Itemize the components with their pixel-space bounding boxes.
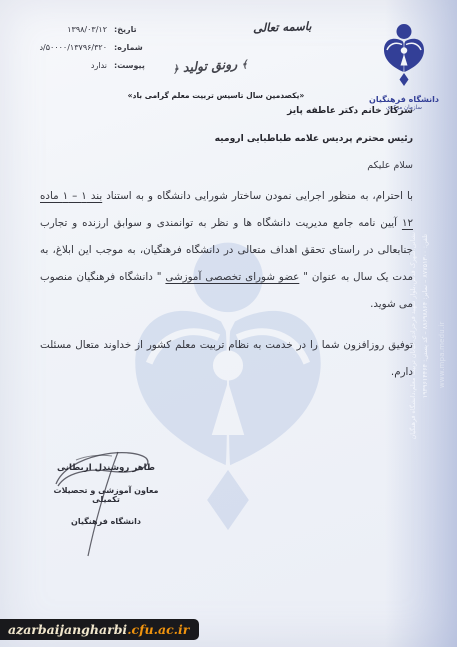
site-name: azarbaijangharbi — [8, 622, 127, 637]
body-paragraph-appointment: با احترام، به منظور اجرایی نمودن ساختار … — [40, 183, 413, 318]
date-label: تاریخ: — [114, 25, 146, 34]
letter-body: با احترام، به منظور اجرایی نمودن ساختار … — [40, 183, 413, 386]
university-emblem-icon — [379, 23, 429, 89]
recipient-block: سرکار خانم دکتر عاطفه پایز رئیس محترم پر… — [215, 106, 413, 171]
recipient-name: سرکار خانم دکتر عاطفه پایز — [215, 106, 413, 116]
source-site-badge: azarbaijangharbi.cfu.ac.ir — [0, 619, 199, 640]
number-value: د/۵۰۰۰۰/۱۳۷۹۶/۳۲۰ — [20, 43, 107, 52]
year-slogan: رونق تولید — [182, 56, 237, 75]
side-footer-website: www.mpa.medu.ir — [438, 312, 447, 388]
signer-title: معاون آموزشی و تحصیلات تکمیلی — [44, 486, 168, 504]
meta-number-row: شماره: د/۵۰۰۰۰/۱۳۷۹۶/۳۲۰ — [20, 43, 146, 52]
body-paragraph-wishes: توفیق روزافزون شما را در خدمت به نظام تر… — [40, 332, 413, 386]
university-name: دانشگاه فرهنگیان — [364, 95, 444, 104]
number-label: شماره: — [114, 43, 146, 52]
site-domain: .cfu.ac.ir — [127, 622, 189, 637]
letter-meta-block: تاریخ: ۱۳۹۸/۰۳/۱۲ شماره: د/۵۰۰۰۰/۱۳۷۹۶/۳… — [20, 25, 146, 79]
signer-name: طاهر روشندل اربطانی — [44, 463, 168, 473]
scanned-letter-page: تاریخ: ۱۳۹۸/۰۳/۱۲ شماره: د/۵۰۰۰۰/۱۳۷۹۶/۳… — [0, 0, 457, 647]
year-slogan-stamp: ﴿ رونق تولید ﴾ — [158, 54, 263, 76]
attachment-value: ندارد — [20, 61, 107, 70]
signature-block: طاهر روشندل اربطانی معاون آموزشی و تحصیل… — [44, 463, 168, 526]
recipient-title: رئیس محترم پردیس علامه طباطبایی ارومیه — [215, 133, 413, 144]
side-footer-phone: تلفن: ۸۷۷۵۱۳۰۰ – نمابر: ۸۸۶۹۸۸۶۴ – کد پس… — [421, 234, 430, 486]
salutation: سلام علیکم — [215, 160, 413, 171]
ornament-left: ﴾ — [241, 59, 248, 70]
meta-attachment-row: پیوست: ندارد — [20, 61, 146, 70]
date-value: ۱۳۹۸/۰۳/۱۲ — [20, 25, 107, 34]
university-logo-block: دانشگاه فرهنگیان سازمان مرکزی — [364, 23, 444, 111]
underlined-role-title: عضو شورای تخصصی آموزشی — [165, 271, 299, 283]
bismillah-text: باسمه تعالی — [252, 19, 311, 35]
centenary-banner: «یکصدمین سال تاسیس تربیت معلم گرامی باد» — [98, 91, 334, 100]
attachment-label: پیوست: — [114, 61, 146, 70]
side-footer-address: نشانی:شهرک قدس،بلوار شهید فرحزادی،خیابان… — [409, 232, 418, 488]
ornament-right: ﴿ — [172, 64, 179, 75]
signer-organization: دانشگاه فرهنگیان — [44, 517, 168, 526]
meta-date-row: تاریخ: ۱۳۹۸/۰۳/۱۲ — [20, 25, 146, 34]
